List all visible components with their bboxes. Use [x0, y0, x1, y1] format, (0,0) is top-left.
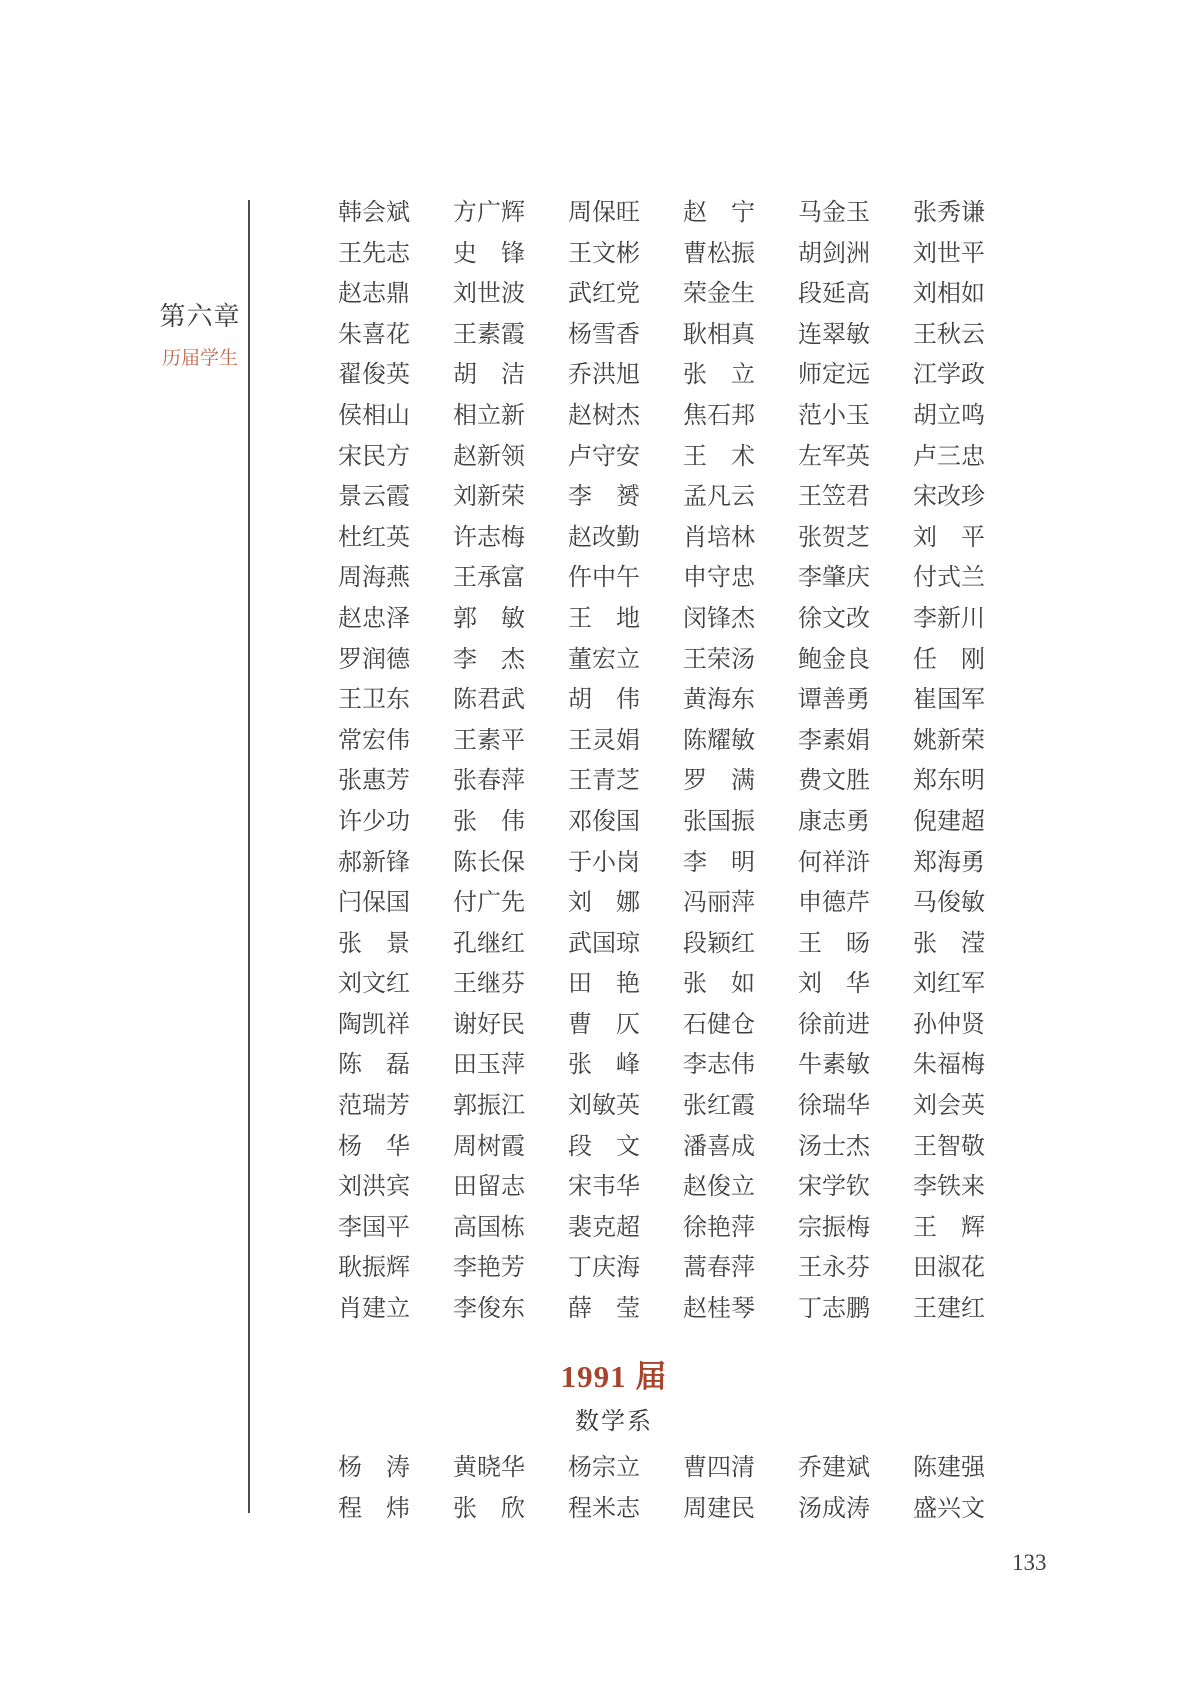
- student-name: 段 文: [568, 1127, 640, 1168]
- student-name: 刘文红: [338, 964, 410, 1005]
- student-roster-1991-grid: 杨 涛黄晓华杨宗立曹四清乔建斌陈建强程 炜张 欣程米志周建民汤成涛盛兴文: [338, 1448, 985, 1529]
- student-name: 王灵娟: [568, 721, 640, 762]
- chapter-subtitle: 历届学生: [156, 343, 244, 370]
- student-name: 周保旺: [568, 193, 640, 234]
- student-name: 陈 磊: [338, 1045, 410, 1086]
- student-roster-grid: 韩会斌方广辉周保旺赵 宁马金玉张秀谦王先志史 锋王文彬曹松振胡剑洲刘世平赵志鼎刘…: [338, 193, 985, 1330]
- student-name: 王承富: [453, 558, 525, 599]
- student-name: 汤成涛: [798, 1489, 870, 1530]
- student-name: 曹松振: [683, 234, 755, 275]
- book-page: 第六章 历届学生 韩会斌方广辉周保旺赵 宁马金玉张秀谦王先志史 锋王文彬曹松振胡…: [0, 0, 1190, 1684]
- student-name: 王文彬: [568, 234, 640, 275]
- student-name: 常宏伟: [338, 721, 410, 762]
- student-name: 赵桂琴: [683, 1289, 755, 1330]
- student-name: 陶凯祥: [338, 1005, 410, 1046]
- student-name: 赵志鼎: [338, 274, 410, 315]
- student-name: 费文胜: [798, 761, 870, 802]
- student-name: 相立新: [453, 396, 525, 437]
- student-name: 荣金生: [683, 274, 755, 315]
- student-name: 申德芹: [798, 883, 870, 924]
- student-name: 崔国军: [913, 680, 985, 721]
- student-name: 史 锋: [453, 234, 525, 275]
- student-name: 蒿春萍: [683, 1248, 755, 1289]
- student-name: 翟俊英: [338, 355, 410, 396]
- student-name: 胡剑洲: [798, 234, 870, 275]
- student-name: 杨宗立: [568, 1448, 640, 1489]
- student-name: 赵新领: [453, 437, 525, 478]
- student-name: 连翠敏: [798, 315, 870, 356]
- student-name: 景云霞: [338, 477, 410, 518]
- student-name: 王 辉: [913, 1208, 985, 1249]
- student-name: 张 峰: [568, 1045, 640, 1086]
- student-name: 徐文改: [798, 599, 870, 640]
- student-name: 赵俊立: [683, 1167, 755, 1208]
- student-name: 周海燕: [338, 558, 410, 599]
- student-name: 王永芬: [798, 1248, 870, 1289]
- student-name: 范瑞芳: [338, 1086, 410, 1127]
- student-name: 卢守安: [568, 437, 640, 478]
- student-name: 刘世波: [453, 274, 525, 315]
- student-name: 宋韦华: [568, 1167, 640, 1208]
- student-name: 王 术: [683, 437, 755, 478]
- student-name: 马俊敏: [913, 883, 985, 924]
- student-name: 李艳芳: [453, 1248, 525, 1289]
- student-name: 丁志鹏: [798, 1289, 870, 1330]
- student-name: 张贺芝: [798, 518, 870, 559]
- student-name: 耿相真: [683, 315, 755, 356]
- student-name: 黄晓华: [453, 1448, 525, 1489]
- student-name: 方广辉: [453, 193, 525, 234]
- student-name: 杨 涛: [338, 1448, 410, 1489]
- student-name: 陈长保: [453, 843, 525, 884]
- student-name: 闵锋杰: [683, 599, 755, 640]
- student-name: 张 伟: [453, 802, 525, 843]
- student-name: 王 地: [568, 599, 640, 640]
- student-name: 李国平: [338, 1208, 410, 1249]
- student-name: 许志梅: [453, 518, 525, 559]
- student-name: 徐前进: [798, 1005, 870, 1046]
- student-name: 李肇庆: [798, 558, 870, 599]
- student-name: 张 欣: [453, 1489, 525, 1530]
- student-name: 张 如: [683, 964, 755, 1005]
- student-name: 徐瑞华: [798, 1086, 870, 1127]
- student-name: 王笠君: [798, 477, 870, 518]
- student-name: 王素霞: [453, 315, 525, 356]
- student-name: 郑海勇: [913, 843, 985, 884]
- student-name: 杨 华: [338, 1127, 410, 1168]
- vertical-divider: [248, 200, 250, 1513]
- student-name: 孙仲贤: [913, 1005, 985, 1046]
- student-name: 刘世平: [913, 234, 985, 275]
- student-name: 郑东明: [913, 761, 985, 802]
- student-name: 肖培林: [683, 518, 755, 559]
- student-name: 韩会斌: [338, 193, 410, 234]
- student-name: 王荣汤: [683, 640, 755, 681]
- student-name: 孔继红: [453, 924, 525, 965]
- student-name: 刘 平: [913, 518, 985, 559]
- student-name: 王秋云: [913, 315, 985, 356]
- student-name: 汤士杰: [798, 1127, 870, 1168]
- student-name: 武国琼: [568, 924, 640, 965]
- student-name: 程米志: [568, 1489, 640, 1530]
- student-name: 王先志: [338, 234, 410, 275]
- student-name: 裴克超: [568, 1208, 640, 1249]
- student-name: 耿振辉: [338, 1248, 410, 1289]
- student-name: 曹四清: [683, 1448, 755, 1489]
- student-name: 陈君武: [453, 680, 525, 721]
- student-name: 王卫东: [338, 680, 410, 721]
- student-name: 李新川: [913, 599, 985, 640]
- student-name: 李 赟: [568, 477, 640, 518]
- student-name: 师定远: [798, 355, 870, 396]
- student-name: 闩保国: [338, 883, 410, 924]
- student-name: 李 杰: [453, 640, 525, 681]
- student-name: 王青芝: [568, 761, 640, 802]
- student-name: 付式兰: [913, 558, 985, 599]
- student-name: 朱喜花: [338, 315, 410, 356]
- student-name: 张 景: [338, 924, 410, 965]
- student-name: 宋民方: [338, 437, 410, 478]
- student-name: 张 立: [683, 355, 755, 396]
- student-name: 罗润德: [338, 640, 410, 681]
- student-name: 于小岗: [568, 843, 640, 884]
- student-name: 刘会英: [913, 1086, 985, 1127]
- student-name: 刘敏英: [568, 1086, 640, 1127]
- student-name: 乔建斌: [798, 1448, 870, 1489]
- student-name: 鲍金良: [798, 640, 870, 681]
- student-name: 郭振江: [453, 1086, 525, 1127]
- student-name: 李志伟: [683, 1045, 755, 1086]
- student-name: 周建民: [683, 1489, 755, 1530]
- student-name: 宋改珍: [913, 477, 985, 518]
- student-name: 康志勇: [798, 802, 870, 843]
- student-name: 郭 敏: [453, 599, 525, 640]
- student-name: 宗振梅: [798, 1208, 870, 1249]
- student-name: 陈耀敏: [683, 721, 755, 762]
- student-name: 黄海东: [683, 680, 755, 721]
- student-name: 潘喜成: [683, 1127, 755, 1168]
- student-name: 宋学钦: [798, 1167, 870, 1208]
- student-name: 赵忠泽: [338, 599, 410, 640]
- student-name: 周树霞: [453, 1127, 525, 1168]
- student-name: 盛兴文: [913, 1489, 985, 1530]
- student-name: 刘洪宾: [338, 1167, 410, 1208]
- student-name: 张春萍: [453, 761, 525, 802]
- student-name: 刘相如: [913, 274, 985, 315]
- chapter-title: 第六章: [156, 296, 244, 333]
- student-name: 赵 宁: [683, 193, 755, 234]
- student-name: 倪建超: [913, 802, 985, 843]
- student-name: 段延高: [798, 274, 870, 315]
- student-name: 仵中午: [568, 558, 640, 599]
- student-name: 李俊东: [453, 1289, 525, 1330]
- student-name: 王智敬: [913, 1127, 985, 1168]
- student-name: 焦石邦: [683, 396, 755, 437]
- student-name: 张国振: [683, 802, 755, 843]
- student-name: 张惠芳: [338, 761, 410, 802]
- student-name: 张 滢: [913, 924, 985, 965]
- student-name: 武红党: [568, 274, 640, 315]
- student-name: 高国栋: [453, 1208, 525, 1249]
- student-name: 王 旸: [798, 924, 870, 965]
- student-name: 田 艳: [568, 964, 640, 1005]
- student-name: 王继芬: [453, 964, 525, 1005]
- student-name: 王建红: [913, 1289, 985, 1330]
- student-name: 邓俊国: [568, 802, 640, 843]
- student-name: 江学政: [913, 355, 985, 396]
- student-name: 田淑花: [913, 1248, 985, 1289]
- student-name: 冯丽萍: [683, 883, 755, 924]
- student-name: 罗 满: [683, 761, 755, 802]
- student-name: 朱福梅: [913, 1045, 985, 1086]
- student-name: 薛 莹: [568, 1289, 640, 1330]
- student-name: 任 刚: [913, 640, 985, 681]
- student-name: 乔洪旭: [568, 355, 640, 396]
- student-name: 赵改勤: [568, 518, 640, 559]
- student-name: 马金玉: [798, 193, 870, 234]
- student-name: 谭善勇: [798, 680, 870, 721]
- student-name: 徐艳萍: [683, 1208, 755, 1249]
- student-name: 肖建立: [338, 1289, 410, 1330]
- chapter-sidebar: 第六章 历届学生: [156, 296, 244, 370]
- student-name: 杜红英: [338, 518, 410, 559]
- student-name: 张秀谦: [913, 193, 985, 234]
- student-name: 王素平: [453, 721, 525, 762]
- student-name: 付广先: [453, 883, 525, 924]
- student-name: 董宏立: [568, 640, 640, 681]
- student-name: 胡立鸣: [913, 396, 985, 437]
- student-name: 卢三忠: [913, 437, 985, 478]
- student-name: 段颖红: [683, 924, 755, 965]
- student-name: 程 炜: [338, 1489, 410, 1530]
- student-name: 李 明: [683, 843, 755, 884]
- student-name: 孟凡云: [683, 477, 755, 518]
- student-name: 李素娟: [798, 721, 870, 762]
- student-name: 刘红军: [913, 964, 985, 1005]
- student-name: 姚新荣: [913, 721, 985, 762]
- student-name: 刘 华: [798, 964, 870, 1005]
- student-name: 石健仓: [683, 1005, 755, 1046]
- student-name: 陈建强: [913, 1448, 985, 1489]
- page-number: 133: [1012, 1550, 1047, 1576]
- student-name: 刘 娜: [568, 883, 640, 924]
- student-name: 田留志: [453, 1167, 525, 1208]
- year-1991-heading: 1991 届: [238, 1351, 990, 1396]
- student-name: 郝新锋: [338, 843, 410, 884]
- student-name: 胡 洁: [453, 355, 525, 396]
- student-name: 李铁来: [913, 1167, 985, 1208]
- student-name: 田玉萍: [453, 1045, 525, 1086]
- student-name: 刘新荣: [453, 477, 525, 518]
- student-name: 张红霞: [683, 1086, 755, 1127]
- department-heading: 数学系: [238, 1401, 990, 1436]
- student-name: 牛素敏: [798, 1045, 870, 1086]
- student-name: 范小玉: [798, 396, 870, 437]
- student-name: 左军英: [798, 437, 870, 478]
- student-name: 杨雪香: [568, 315, 640, 356]
- student-name: 胡 伟: [568, 680, 640, 721]
- student-name: 曹 仄: [568, 1005, 640, 1046]
- student-name: 赵树杰: [568, 396, 640, 437]
- student-name: 许少功: [338, 802, 410, 843]
- student-name: 侯相山: [338, 396, 410, 437]
- student-name: 丁庆海: [568, 1248, 640, 1289]
- student-name: 谢好民: [453, 1005, 525, 1046]
- student-name: 申守忠: [683, 558, 755, 599]
- student-name: 何祥浒: [798, 843, 870, 884]
